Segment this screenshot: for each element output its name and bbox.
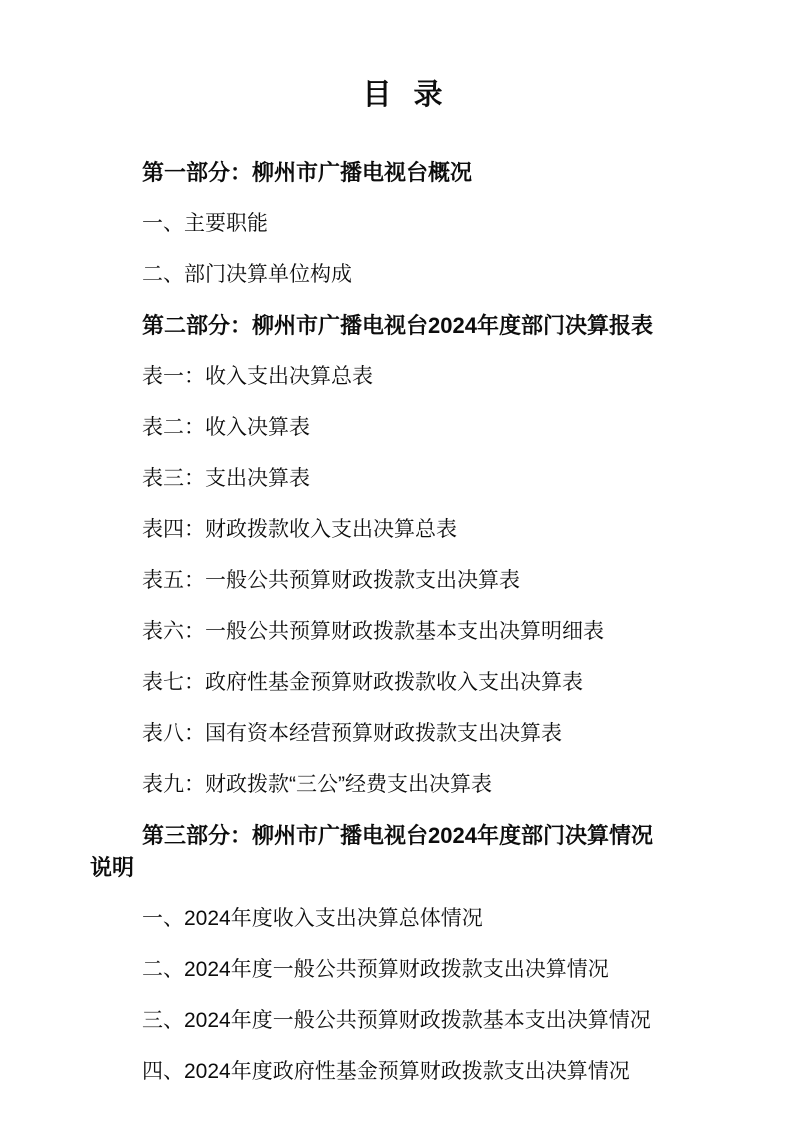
toc-entry-note-1: 一、2024年度收入支出决算总体情况 bbox=[90, 903, 716, 935]
toc-entry-note-3: 三、2024年度一般公共预算财政拨款基本支出决算情况 bbox=[90, 1005, 716, 1037]
toc-entry-table-3: 表三：支出决算表 bbox=[90, 463, 716, 495]
toc-entry-table-4: 表四：财政拨款收入支出决算总表 bbox=[90, 514, 716, 546]
toc-entry-table-9: 表九：财政拨款“三公”经费支出决算表 bbox=[90, 769, 716, 801]
toc-entry-note-4: 四、2024年度政府性基金预算财政拨款支出决算情况 bbox=[90, 1056, 716, 1088]
section-3-heading-line-2: 说明 bbox=[90, 855, 134, 880]
toc-entry-table-8: 表八：国有资本经营预算财政拨款支出决算表 bbox=[90, 718, 716, 750]
section-3-heading-line-1: 第三部分：柳州市广播电视台2024年度部门决算情况 bbox=[142, 823, 653, 848]
toc-entry-table-5: 表五：一般公共预算财政拨款支出决算表 bbox=[90, 565, 716, 597]
toc-entry-table-2: 表二：收入决算表 bbox=[90, 412, 716, 444]
toc-entry-main-duties: 一、主要职能 bbox=[90, 208, 716, 240]
section-1-heading: 第一部分：柳州市广播电视台概况 bbox=[90, 157, 716, 189]
page-title: 目 录 bbox=[90, 78, 716, 112]
toc-entry-unit-composition: 二、部门决算单位构成 bbox=[90, 259, 716, 291]
toc-entry-table-7: 表七：政府性基金预算财政拨款收入支出决算表 bbox=[90, 667, 716, 699]
toc-entry-note-2: 二、2024年度一般公共预算财政拨款支出决算情况 bbox=[90, 954, 716, 986]
toc-entry-table-1: 表一：收入支出决算总表 bbox=[90, 361, 716, 393]
section-3-heading: 第三部分：柳州市广播电视台2024年度部门决算情况说明 bbox=[90, 820, 716, 884]
toc-page: 目 录 第一部分：柳州市广播电视台概况 一、主要职能 二、部门决算单位构成 第二… bbox=[0, 0, 800, 1131]
section-2-heading: 第二部分：柳州市广播电视台2024年度部门决算报表 bbox=[90, 310, 716, 342]
toc-entry-table-6: 表六：一般公共预算财政拨款基本支出决算明细表 bbox=[90, 616, 716, 648]
